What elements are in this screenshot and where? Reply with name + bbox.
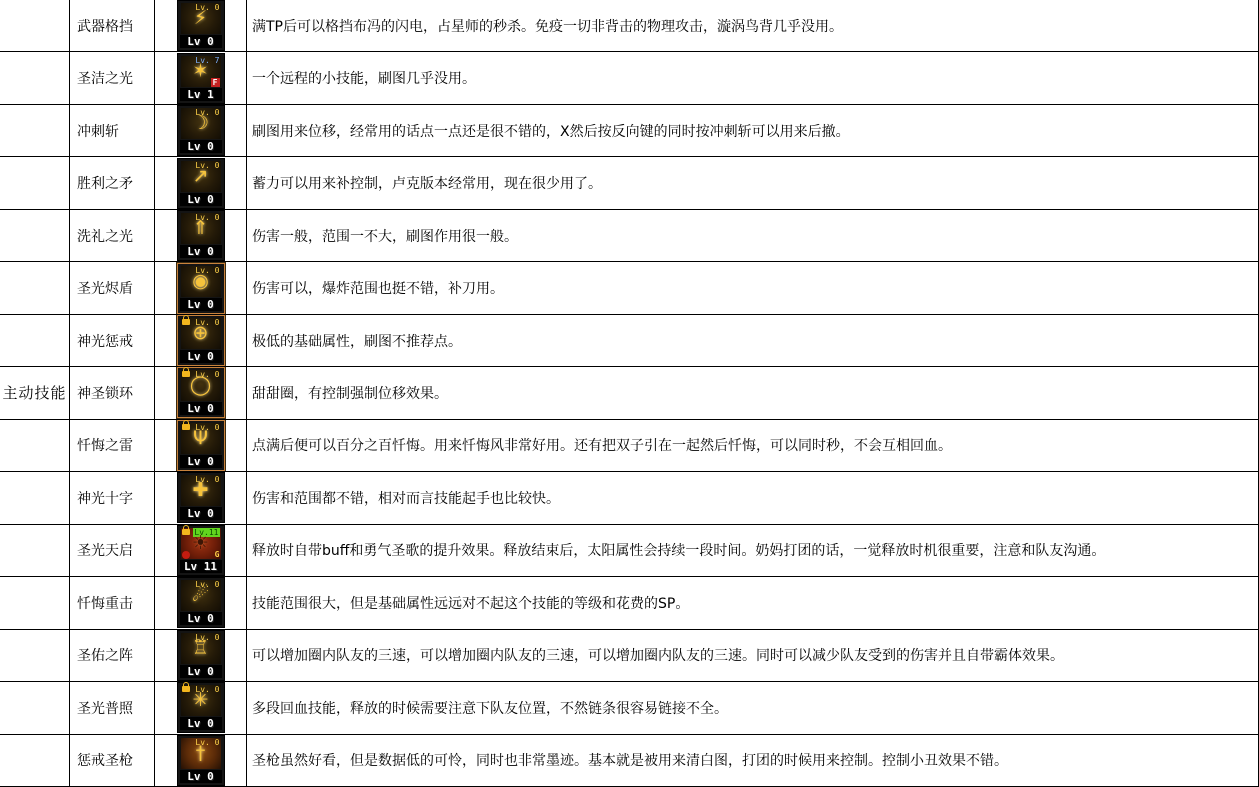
icon-level-label: Lv 11 [180, 560, 222, 573]
skill-glyph-icon: ☽ [181, 108, 221, 139]
skill-name: 神光惩戒 [70, 315, 155, 367]
skill-name: 圣佑之阵 [70, 630, 155, 682]
icon-level-label: Lv 0 [180, 455, 222, 468]
skill-name: 洗礼之光 [70, 210, 155, 262]
skill-glyph-icon: ⇑ [181, 213, 221, 244]
icon-level-label: Lv 0 [180, 665, 222, 678]
category-cell [0, 315, 70, 367]
category-cell [0, 682, 70, 734]
skill-art: Lv.11☀G [181, 528, 221, 559]
icon-level-label: Lv 0 [180, 350, 222, 363]
skill-icon-cell: Lv. 0†Lv 0 [155, 735, 247, 787]
skill-glyph-icon: ✳ [181, 685, 221, 716]
skill-icon-cell: Lv. 0☽Lv 0 [155, 105, 247, 157]
skill-icon: Lv. 0⇑Lv 0 [178, 211, 224, 260]
skill-art: Lv. 0⚡ [181, 3, 221, 34]
skill-description: 圣枪虽然好看，但是数据低的可怜，同时也非常墨迹。基本就是被用来清白图，打团的时候… [247, 735, 1259, 787]
skill-icon-cell: Lv. 0⇑Lv 0 [155, 210, 247, 262]
category-cell [0, 262, 70, 314]
skill-description: 极低的基础属性，刷图不推荐点。 [247, 315, 1259, 367]
skill-icon: Lv. 0◯Lv 0 [178, 368, 224, 417]
skill-glyph-icon: ⊕ [181, 318, 221, 349]
icon-level-label: Lv 0 [180, 507, 222, 520]
skill-art: Lv. 0⊕ [181, 318, 221, 349]
skill-art: Lv. 0◯ [181, 370, 221, 401]
icon-level-label: Lv 0 [180, 193, 222, 206]
skill-description: 刷图用来位移，经常用的话点一点还是很不错的，X然后按反向键的同时按冲刺斩可以用来… [247, 105, 1259, 157]
category-cell [0, 157, 70, 209]
icon-level-label: Lv 0 [180, 35, 222, 48]
skill-description: 伤害一般，范围一不大，刷图作用很一般。 [247, 210, 1259, 262]
skill-glyph-icon: ♖ [181, 633, 221, 664]
skill-icon: Lv. 0☄Lv 0 [178, 578, 224, 627]
skill-description: 点满后便可以百分之百忏悔。用来忏悔风非常好用。还有把双子引在一起然后忏悔，可以同… [247, 420, 1259, 472]
skill-art: Lv. 0✚ [181, 475, 221, 506]
category-label: 主动技能 [2, 382, 66, 403]
skill-art: Lv. 0✳ [181, 685, 221, 716]
skill-glyph-icon: ↗ [181, 161, 221, 192]
icon-level-label: Lv 0 [180, 612, 222, 625]
skill-icon-cell: Lv. 7✶FLv 1 [155, 52, 247, 104]
skill-description: 释放时自带buff和勇气圣歌的提升效果。释放结束后，太阳属性会持续一段时间。奶妈… [247, 525, 1259, 577]
skill-art: Lv. 0◉ [181, 266, 221, 297]
skill-description: 一个远程的小技能，刷图几乎没用。 [247, 52, 1259, 104]
skill-icon-cell: Lv. 0✚Lv 0 [155, 472, 247, 524]
icon-badge: F [211, 78, 220, 87]
skill-icon: Lv. 7✶FLv 1 [178, 54, 224, 103]
skill-art: Lv. 0⇑ [181, 213, 221, 244]
alert-dot-icon [182, 551, 190, 559]
skill-name: 圣光天启 [70, 525, 155, 577]
skill-icon: Lv. 0ΨLv 0 [178, 421, 224, 470]
icon-level-label: Lv 0 [180, 717, 222, 730]
skill-name: 忏悔之雷 [70, 420, 155, 472]
category-cell [0, 735, 70, 787]
skill-icon: Lv. 0✳Lv 0 [178, 683, 224, 732]
skill-art: Lv. 0Ψ [181, 423, 221, 454]
skill-description: 蓄力可以用来补控制，卢克版本经常用，现在很少用了。 [247, 157, 1259, 209]
skill-description: 伤害和范围都不错，相对而言技能起手也比较快。 [247, 472, 1259, 524]
skill-icon: Lv. 0☽Lv 0 [178, 106, 224, 155]
skill-name: 神光十字 [70, 472, 155, 524]
skill-icon-cell: Lv. 0◉Lv 0 [155, 262, 247, 314]
skill-description: 技能范围很大，但是基础属性远远对不起这个技能的等级和花费的SP。 [247, 577, 1259, 629]
skill-art: Lv. 0♖ [181, 633, 221, 664]
skill-icon: Lv. 0↗Lv 0 [178, 159, 224, 208]
skill-icon-cell: Lv. 0ΨLv 0 [155, 420, 247, 472]
skill-icon-cell: Lv.11☀GLv 11 [155, 525, 247, 577]
icon-level-label: Lv 0 [180, 140, 222, 153]
skill-name: 惩戒圣枪 [70, 735, 155, 787]
skill-name: 神圣锁环 [70, 367, 155, 419]
skill-name: 圣光烬盾 [70, 262, 155, 314]
category-cell [0, 0, 70, 52]
skill-icon: Lv. 0⊕Lv 0 [178, 316, 224, 365]
skill-name: 圣洁之光 [70, 52, 155, 104]
skill-name: 冲刺斩 [70, 105, 155, 157]
icon-level-label: Lv 0 [180, 245, 222, 258]
category-cell [0, 525, 70, 577]
skill-icon-cell: Lv. 0⚡Lv 0 [155, 0, 247, 52]
skill-glyph-icon: ◯ [181, 370, 221, 401]
skill-description: 可以增加圈内队友的三速，可以增加圈内队友的三速，可以增加圈内队友的三速。同时可以… [247, 630, 1259, 682]
skill-name: 圣光普照 [70, 682, 155, 734]
skill-icon-cell: Lv. 0◯Lv 0 [155, 367, 247, 419]
icon-level-label: Lv 0 [180, 402, 222, 415]
skill-description: 多段回血技能，释放的时候需要注意下队友位置，不然链条很容易链接不全。 [247, 682, 1259, 734]
skill-table: 武器格挡Lv. 0⚡Lv 0满TP后可以格挡布冯的闪电，占星师的秒杀。免疫一切非… [0, 0, 1259, 787]
skill-art: Lv. 0† [181, 738, 221, 769]
category-cell: 主动技能 [0, 367, 70, 419]
skill-description: 伤害可以，爆炸范围也挺不错，补刀用。 [247, 262, 1259, 314]
skill-glyph-icon: ◉ [181, 266, 221, 297]
category-cell [0, 472, 70, 524]
category-cell [0, 52, 70, 104]
skill-icon: Lv. 0†Lv 0 [178, 736, 224, 785]
skill-icon: Lv. 0◉Lv 0 [178, 264, 224, 313]
skill-description: 满TP后可以格挡布冯的闪电，占星师的秒杀。免疫一切非背击的物理攻击，漩涡鸟背几乎… [247, 0, 1259, 52]
skill-icon: Lv. 0♖Lv 0 [178, 631, 224, 680]
skill-icon-cell: Lv. 0✳Lv 0 [155, 682, 247, 734]
category-cell [0, 577, 70, 629]
skill-name: 武器格挡 [70, 0, 155, 52]
icon-level-label: Lv 0 [180, 770, 222, 783]
skill-art: Lv. 0☽ [181, 108, 221, 139]
skill-icon: Lv. 0✚Lv 0 [178, 473, 224, 522]
skill-glyph-icon: Ψ [181, 423, 221, 454]
category-cell [0, 630, 70, 682]
skill-name: 胜利之矛 [70, 157, 155, 209]
skill-icon-cell: Lv. 0⊕Lv 0 [155, 315, 247, 367]
icon-level-label: Lv 0 [180, 298, 222, 311]
skill-icon-cell: Lv. 0♖Lv 0 [155, 630, 247, 682]
category-cell [0, 420, 70, 472]
skill-glyph-icon: ✚ [181, 475, 221, 506]
skill-icon: Lv. 0⚡Lv 0 [178, 1, 224, 50]
skill-name: 忏悔重击 [70, 577, 155, 629]
skill-description: 甜甜圈，有控制强制位移效果。 [247, 367, 1259, 419]
skill-glyph-icon: ⚡ [181, 3, 221, 34]
icon-level-label: Lv 1 [180, 88, 222, 101]
skill-icon: Lv.11☀GLv 11 [178, 526, 224, 575]
category-cell [0, 105, 70, 157]
category-cell [0, 210, 70, 262]
skill-icon-cell: Lv. 0☄Lv 0 [155, 577, 247, 629]
icon-badge: G [215, 550, 220, 559]
skill-art: Lv. 7✶F [181, 56, 221, 87]
skill-art: Lv. 0↗ [181, 161, 221, 192]
skill-glyph-icon: † [181, 738, 221, 769]
skill-icon-cell: Lv. 0↗Lv 0 [155, 157, 247, 209]
skill-glyph-icon: ☄ [181, 580, 221, 611]
skill-art: Lv. 0☄ [181, 580, 221, 611]
